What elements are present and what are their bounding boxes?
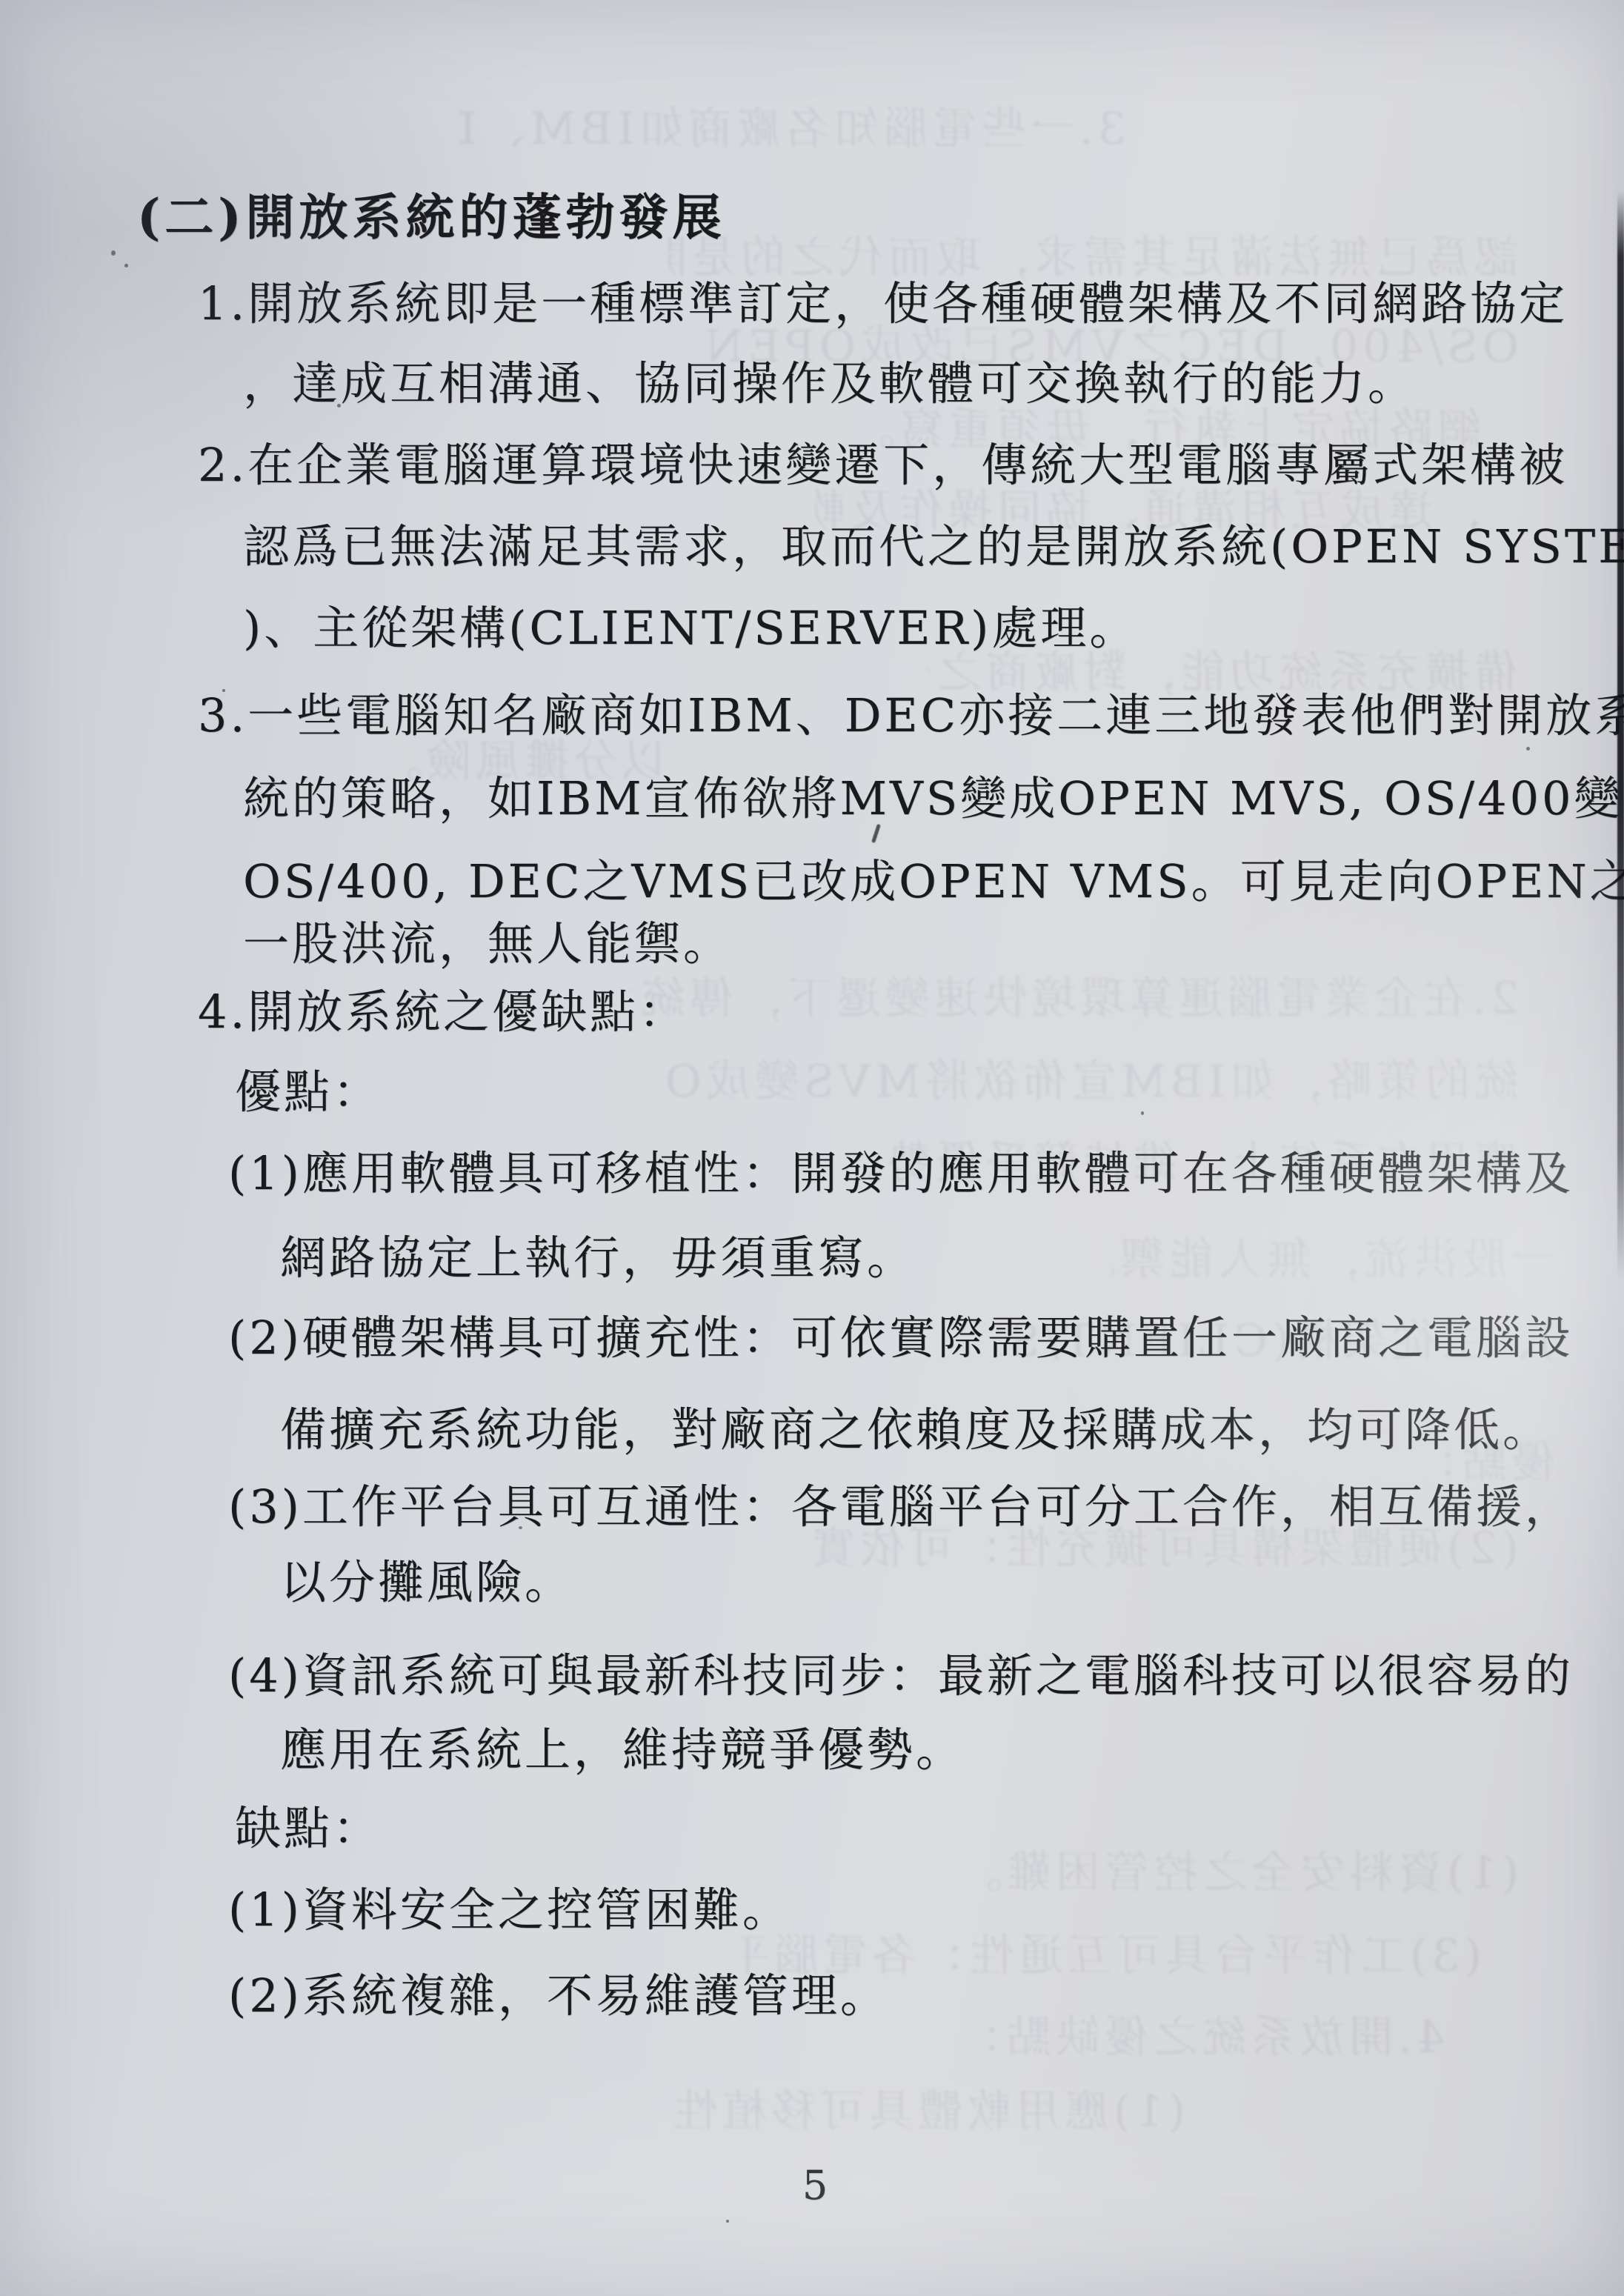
text-line: (1)資料安全之控管困難。	[228, 1873, 791, 1939]
text-line: (4)資訊系統可與最新科技同步：最新之電腦科技可以很容易的	[228, 1639, 1574, 1705]
bleedthrough-line: (1)應用軟體具可移植性：開發的應用軟體可在各種硬體架構及	[667, 2076, 1185, 2140]
scanned-document-page: (二)開放系統的蓬勃發展 3.一些電腦知名廠商如IBM、DEC亦接二連三地發表他…	[0, 0, 1624, 2296]
text-line: 2.在企業電腦運算環境快速變遷下，傳統大型電腦專屬式架構被	[198, 428, 1568, 494]
text-line: 認爲已無法滿足其需求，取而代之的是開放系統(OPEN SYSTEM	[243, 510, 1624, 576]
scan-artifact-right-edge	[1617, 191, 1624, 1280]
dust-speck	[1141, 1111, 1144, 1115]
text-line: )、主從架構(CLIENT/SERVER)處理。	[243, 591, 1138, 657]
bleedthrough-line: 3.一些電腦知名廠商如IBM、DEC亦接二連三地發表他們對開放系	[459, 93, 1126, 157]
section-heading: (二)開放系統的蓬勃發展	[137, 178, 725, 248]
text-line: 4.開放系統之優缺點：	[198, 975, 688, 1041]
text-line: 3.一些電腦知名廠商如IBM、DEC亦接二連三地發表他們對開放系	[198, 679, 1624, 745]
text-line: 優點：	[235, 1055, 382, 1121]
text-line: 備擴充系統功能，對廠商之依賴度及採購成本，均可降低。	[280, 1393, 1551, 1459]
dust-speck	[111, 250, 116, 256]
dust-speck	[726, 2220, 729, 2223]
text-line: 統的策略，如IBM宣佈欲將MVS變成OPEN MVS, OS/400變成OPEN	[243, 762, 1624, 828]
dust-speck	[337, 404, 341, 407]
text-line: 應用在系統上，維持競爭優勢。	[280, 1713, 965, 1779]
page-number: 5	[771, 2162, 859, 2209]
bleedthrough-line: (1)資料安全之控管困難。	[889, 1837, 1519, 1901]
dust-speck	[124, 264, 128, 267]
text-line: 缺點：	[235, 1791, 382, 1857]
text-line: (2)硬體架構具可擴充性：可依實際需要購置任一廠商之電腦設	[228, 1301, 1574, 1367]
text-line: (3)工作平台具可互通性：各電腦平台可分工合作，相互備援，	[228, 1470, 1574, 1536]
bleedthrough-line: 4.開放系統之優缺點：	[852, 2002, 1445, 2066]
dust-speck	[222, 689, 225, 692]
text-line: ，達成互相溝通、協同操作及軟體可交換執行的能力。	[243, 347, 1417, 413]
text-line: 以分攤風險。	[280, 1545, 573, 1611]
bleedthrough-line: 統的策略，如IBM宣佈欲將MVS變成OPEN MVS, OS/400變成OPEN	[667, 1046, 1519, 1110]
dust-speck	[519, 1526, 522, 1529]
text-line: 網路協定上執行，毋須重寫。	[280, 1221, 916, 1287]
text-line: (2)系統複雜，不易維護管理。	[228, 1959, 889, 2025]
text-line: 一股洪流，無人能禦。	[243, 907, 732, 973]
text-line: OS/400, DEC之VMS已改成OPEN VMS。可見走向OPEN之路已是	[243, 845, 1624, 911]
text-line: (1)應用軟體具可移植性：開發的應用軟體可在各種硬體架構及	[228, 1137, 1574, 1202]
bleedthrough-line: 一股洪流，無人能禦。	[1111, 1224, 1556, 1288]
dust-speck	[1526, 747, 1530, 751]
bleedthrough-line: 2.在企業電腦運算環境快速變遷下，傳統大型電腦專屬式架構被	[630, 963, 1519, 1027]
text-line: 1.開放系統即是一種標準訂定，使各種硬體架構及不同網路協定	[198, 267, 1568, 333]
